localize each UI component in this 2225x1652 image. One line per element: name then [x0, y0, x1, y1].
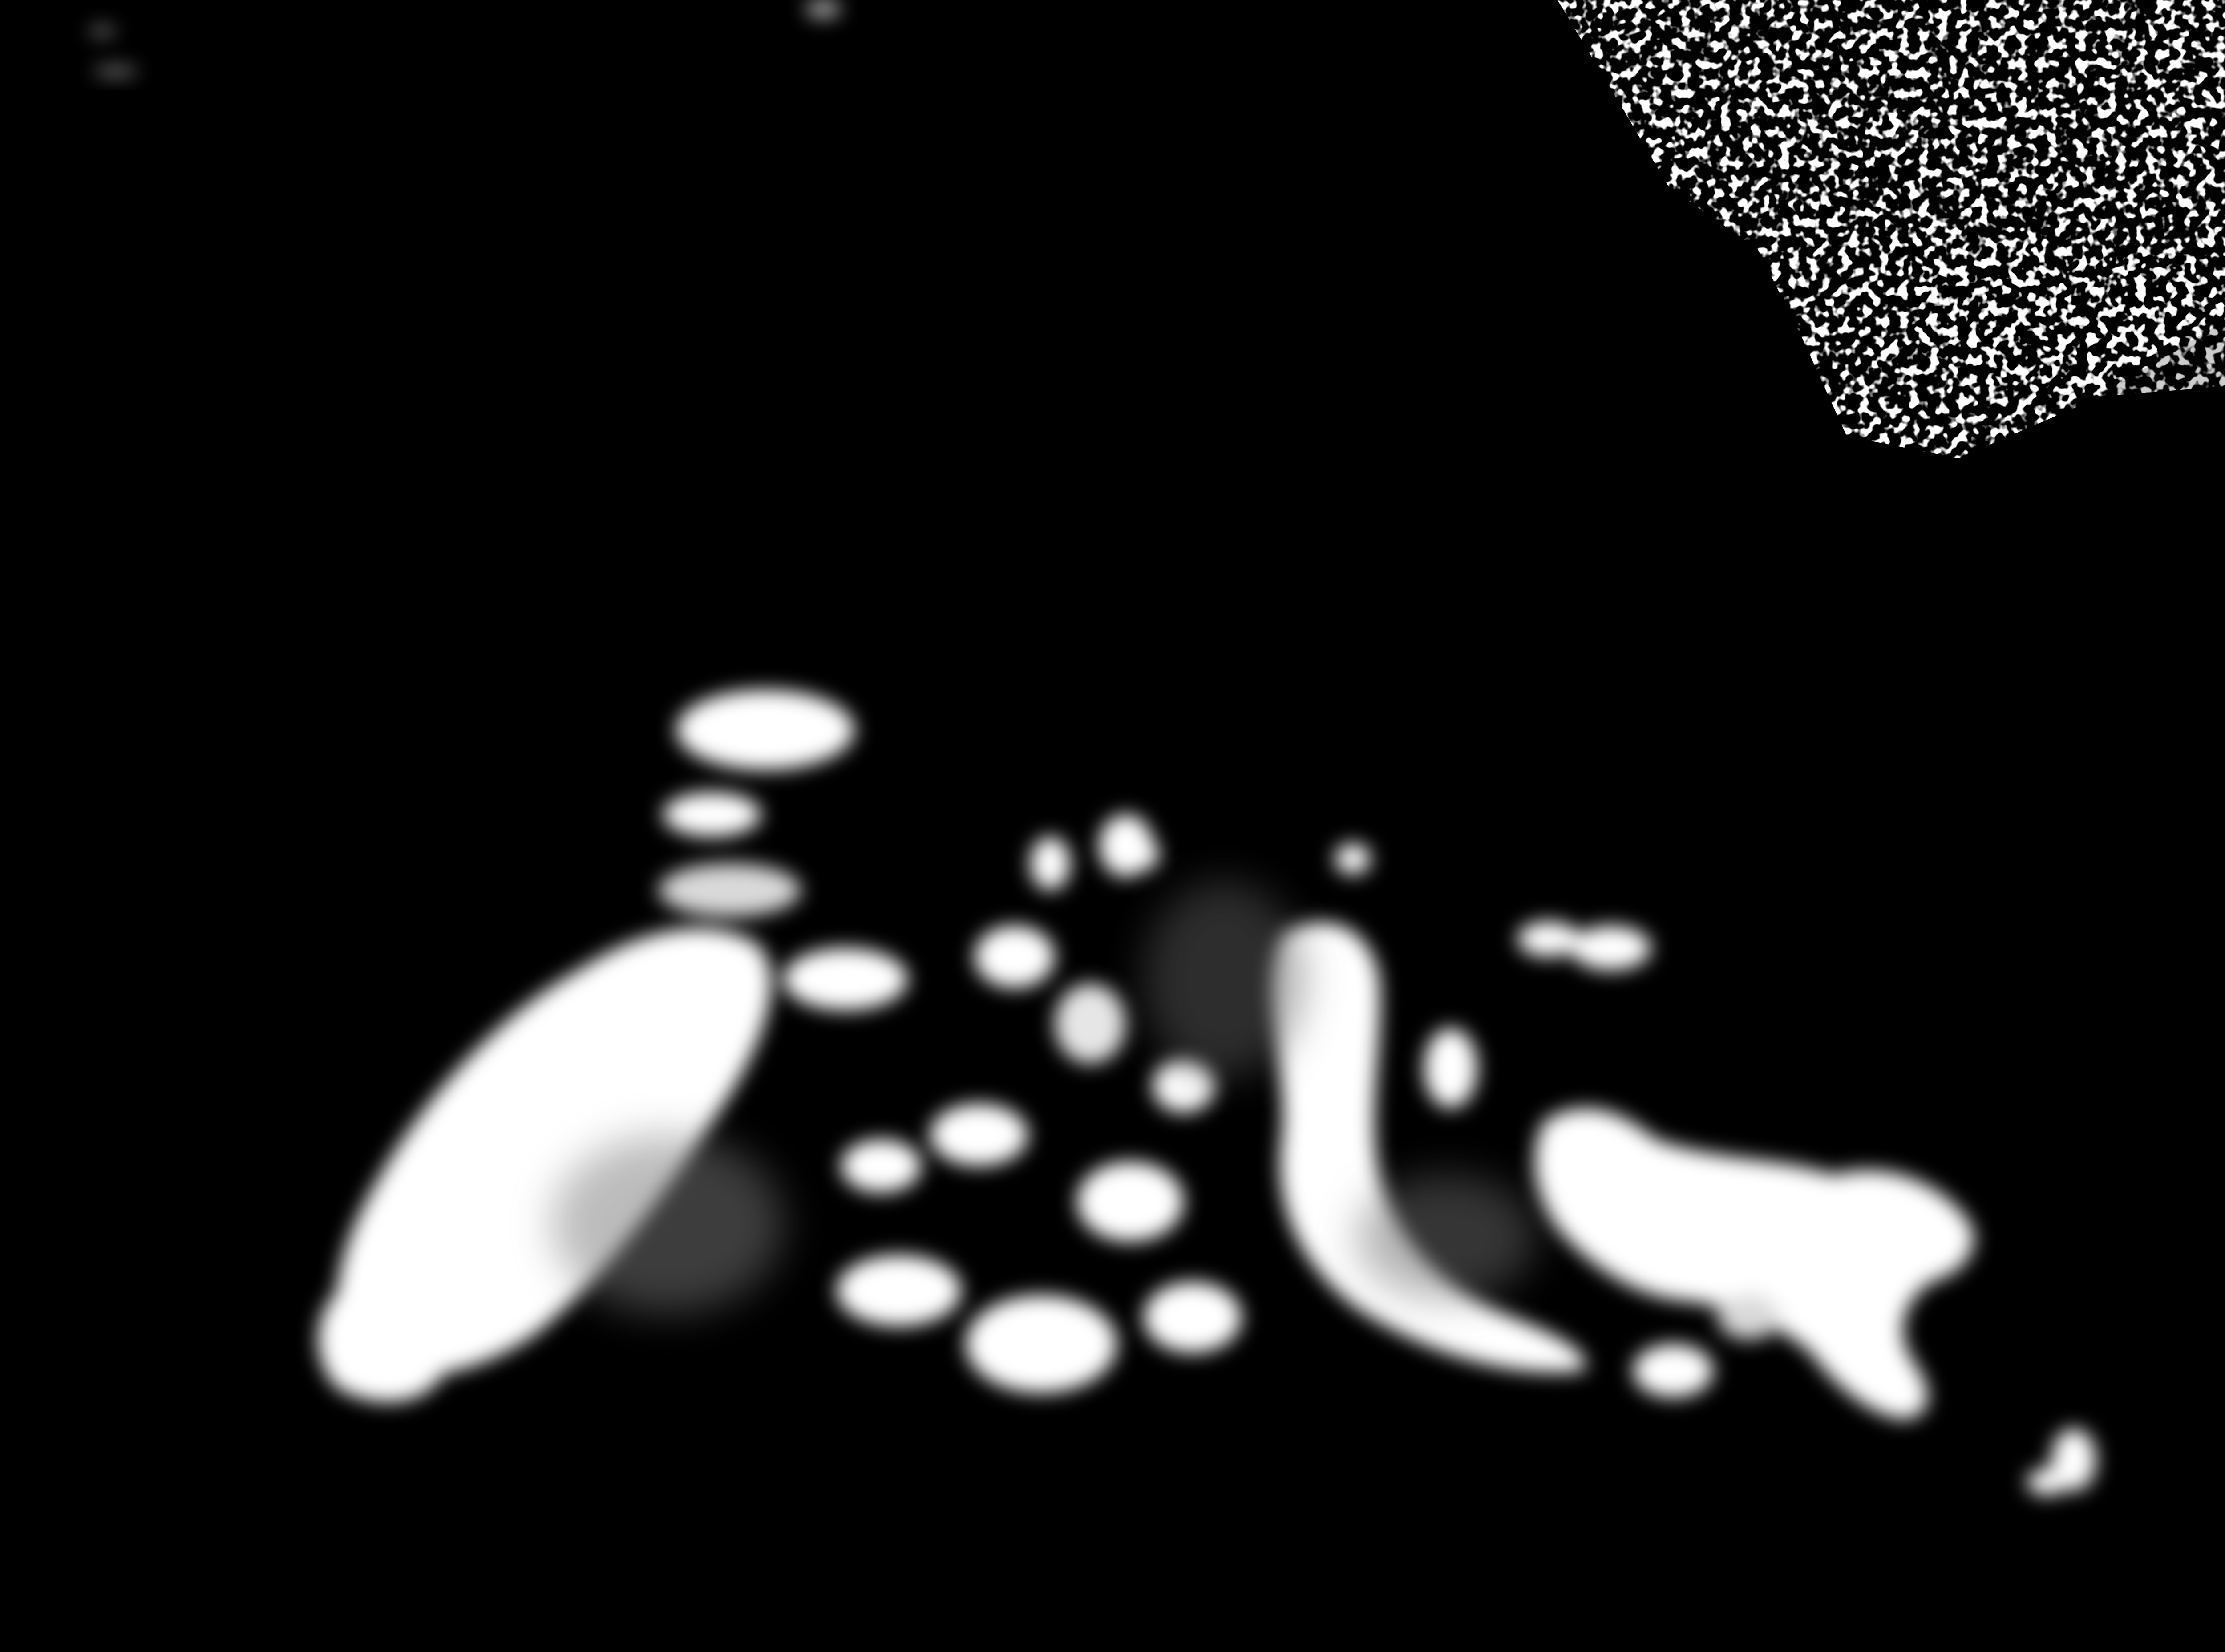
- satellite-cloud-image: [0, 0, 2225, 1652]
- cloud-layer: [0, 0, 2225, 1652]
- small-specks: [89, 0, 841, 75]
- cloud-mass-lower-right: [1535, 1108, 2096, 1495]
- speckled-cloud-field: [1557, 0, 2225, 458]
